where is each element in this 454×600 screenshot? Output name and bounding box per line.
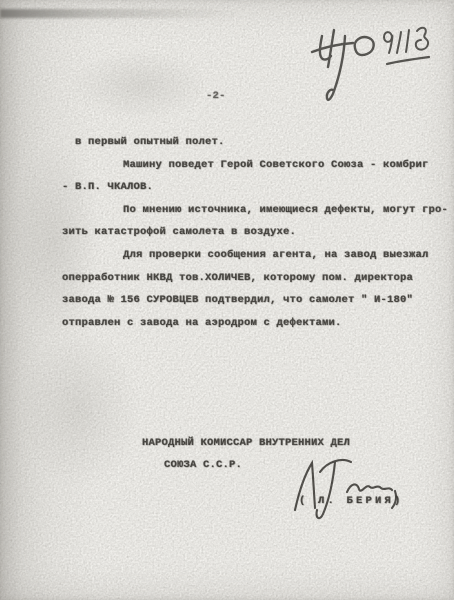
commissar-title-line: НАРОДНЫЙ КОМИССАР ВНУТРЕННИХ ДЕЛ [142, 437, 350, 449]
body-line: Машину поведет Герой Советского Союза - … [62, 154, 442, 177]
body-line: оперработник НКВД тов.ХОЛИЧЕВ, которому … [62, 267, 442, 290]
typed-signature-name: ( Л. БЕРИЯ) [299, 495, 404, 507]
body-line: завода № 156 СУРОВЦЕВ подтвердил, что са… [62, 289, 442, 312]
body-line: зить катастрофой самолета в воздухе. [62, 221, 442, 244]
body-line: отправлен с завода на аэродром с дефекта… [62, 312, 442, 335]
commissar-title-line: СОЮЗА С.С.Р. [164, 459, 242, 471]
scanned-document-page: -2- в первый опытный полет. Машину повед… [0, 0, 454, 600]
body-line: в первый опытный полет. [62, 131, 442, 154]
document-body: в первый опытный полет. Машину поведет Г… [62, 131, 442, 334]
scan-blotch [70, 50, 210, 120]
scan-top-smudge [0, 9, 240, 18]
body-line: Для проверки сообщения агента, на завод … [62, 244, 442, 267]
body-line: По мнению источника, имеющиеся дефекты, … [62, 199, 442, 222]
scan-blotch [20, 330, 140, 490]
page-number: -2- [206, 90, 226, 102]
handwritten-signature-beria [295, 460, 396, 518]
handwritten-note-470-9118 [312, 28, 429, 100]
body-line: - В.П. ЧКАЛОВ. [62, 176, 442, 199]
